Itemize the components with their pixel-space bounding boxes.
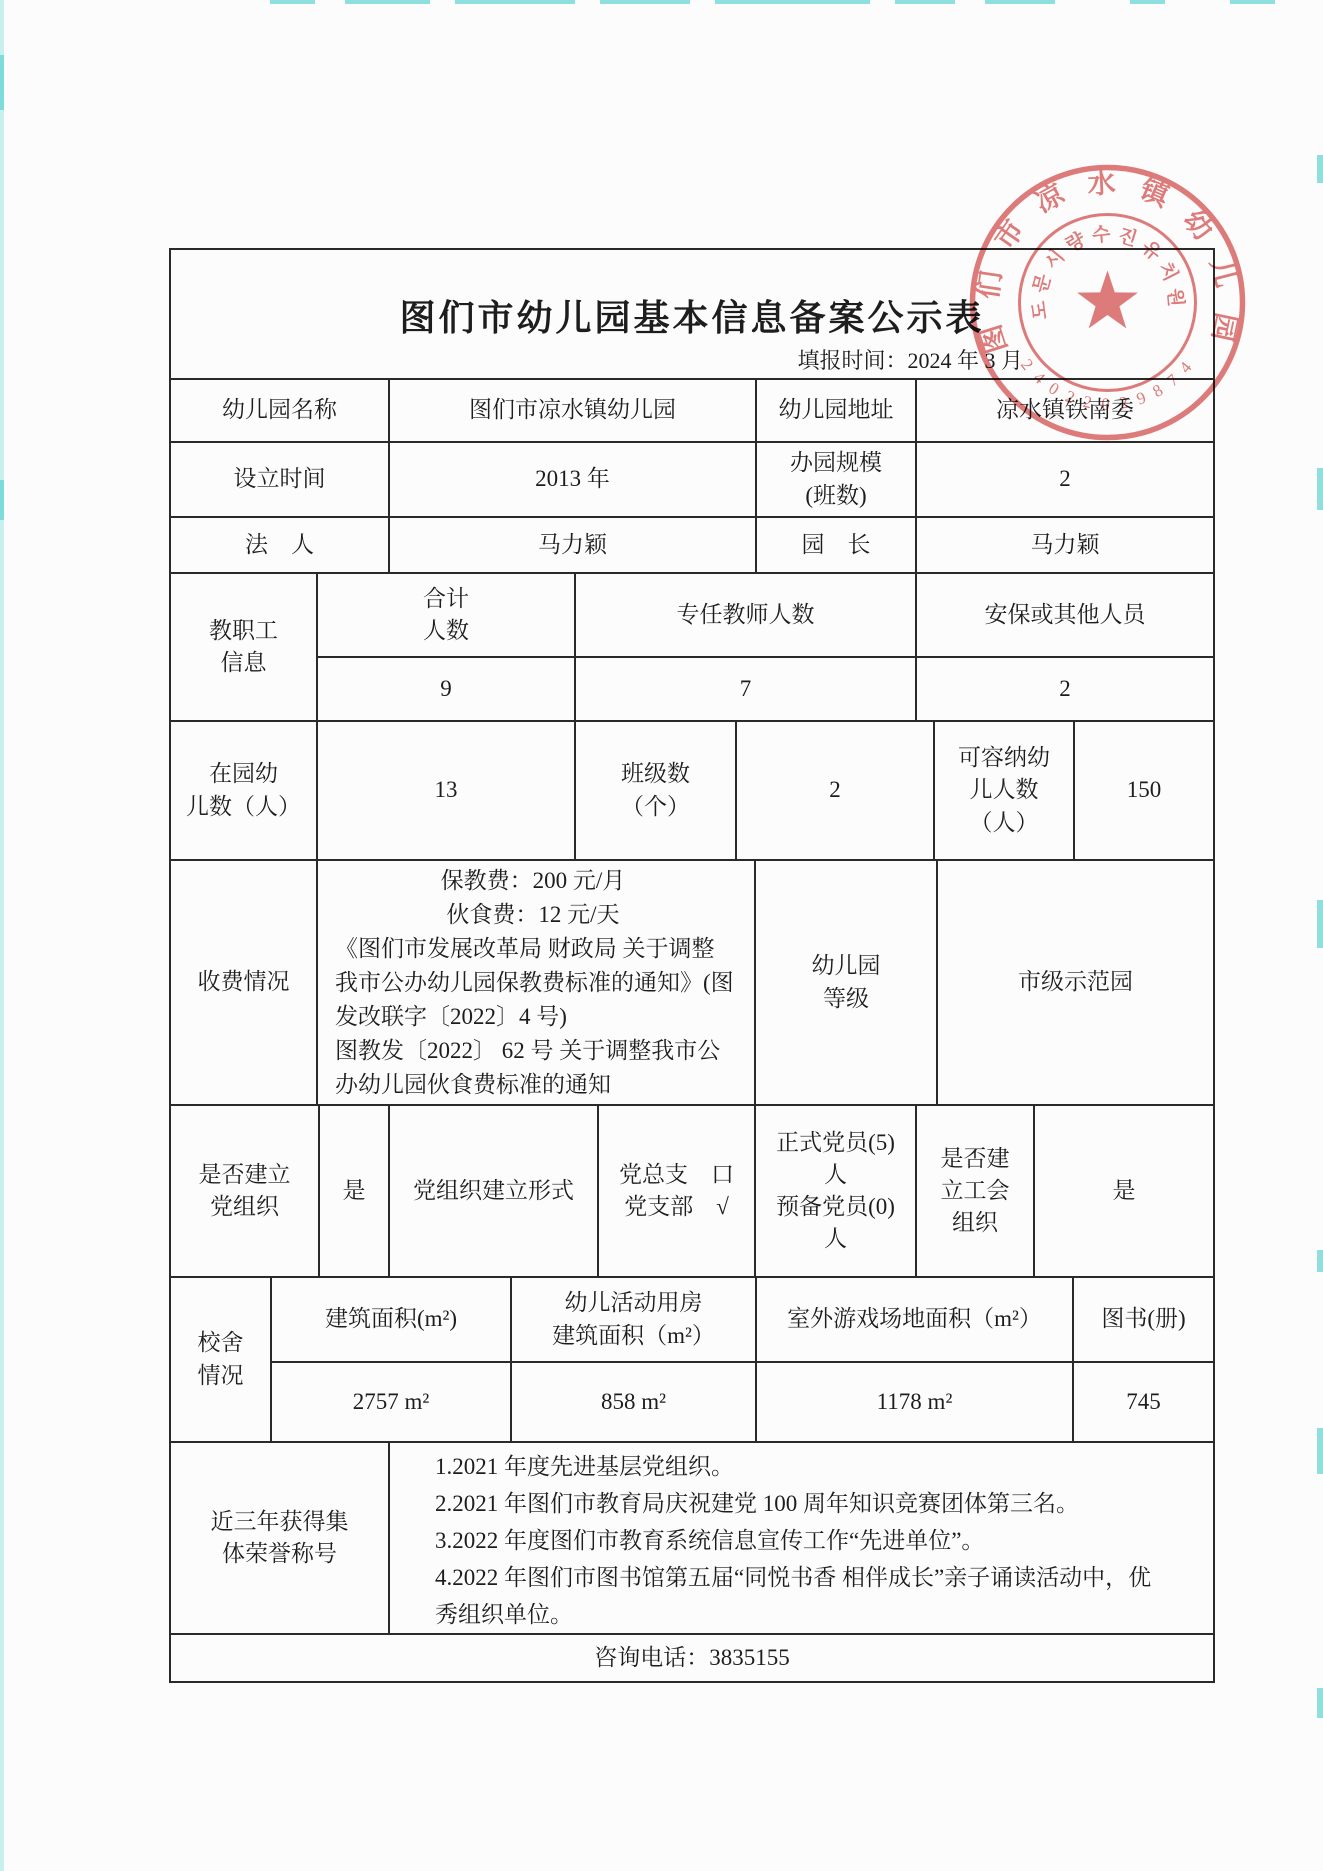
honors-content: 1.2021 年度先进基层党组织。 2.2021 年图们市教育局庆祝建党 100… — [390, 1443, 1213, 1633]
party-row: 是否建立 党组织 是 党组织建立形式 党总支 口 党支部 √ 正式党员(5) 人… — [171, 1106, 1213, 1278]
party-members: 正式党员(5) 人 预备党员(0) 人 — [756, 1106, 917, 1276]
honors-label: 近三年获得集 体荣誉称号 — [171, 1443, 390, 1633]
fees-row: 收费情况 保教费：200 元/月 伙食费：12 元/天 《图们市发展改革局 财政… — [171, 861, 1213, 1106]
scale-label: 办园规模 (班数) — [757, 443, 917, 516]
fill-time: 填报时间：2024 年 3 月 — [797, 344, 1023, 375]
party-form-label: 党组织建立形式 — [390, 1106, 599, 1276]
party-org-label: 是否建立 党组织 — [171, 1106, 320, 1276]
scan-artifact — [1317, 468, 1323, 510]
phone-row: 咨询电话：3835155 — [171, 1635, 1213, 1681]
scan-artifact — [345, 0, 430, 4]
scan-artifact — [0, 0, 4, 1871]
principal-value: 马力颖 — [917, 518, 1213, 572]
kindergarten-name-value: 图们市凉水镇幼儿园 — [390, 380, 757, 441]
building-area-label: 建筑面积(m²) — [272, 1278, 512, 1361]
scan-artifact — [895, 0, 955, 4]
scan-artifact — [0, 480, 4, 520]
staff-teachers-value: 7 — [576, 658, 917, 720]
staff-security-label: 安保或其他人员 — [917, 574, 1213, 656]
legal-person-value: 马力颖 — [390, 518, 757, 572]
union-value: 是 — [1035, 1106, 1213, 1276]
scan-artifact — [1317, 900, 1323, 948]
scan-artifact — [0, 55, 4, 110]
scan-artifact — [1130, 0, 1165, 4]
founded-label: 设立时间 — [171, 443, 390, 516]
fees-label: 收费情况 — [171, 861, 318, 1104]
page-title: 图们市幼儿园基本信息备案公示表 — [171, 290, 1213, 341]
scan-artifact — [985, 0, 1055, 4]
kindergarten-address-label: 幼儿园地址 — [757, 380, 917, 441]
title-block: 图们市幼儿园基本信息备案公示表 填报时间：2024 年 3 月 — [171, 250, 1213, 380]
scan-artifact — [1317, 1688, 1323, 1718]
enrollment-row: 在园幼 儿数（人） 13 班级数 （个） 2 可容纳幼 儿人数 （人） 150 — [171, 722, 1213, 861]
playground-area-value: 1178 m² — [757, 1363, 1074, 1441]
scan-artifact — [270, 0, 315, 4]
fees-amounts: 保教费：200 元/月 伙食费：12 元/天 — [318, 864, 748, 932]
activity-area-label: 幼儿活动用房 建筑面积（m²） — [512, 1278, 757, 1361]
books-label: 图书(册) — [1074, 1278, 1213, 1361]
form-table: 图们市幼儿园基本信息备案公示表 填报时间：2024 年 3 月 幼儿园名称 图们… — [169, 248, 1215, 1683]
kindergarten-name-label: 幼儿园名称 — [171, 380, 390, 441]
scanned-document-page: 图们市幼儿园基本信息备案公示表 填报时间：2024 年 3 月 幼儿园名称 图们… — [0, 0, 1323, 1871]
scale-value: 2 — [917, 443, 1213, 516]
staff-group-label: 教职工 信息 — [171, 574, 318, 720]
scan-artifact — [715, 0, 870, 4]
playground-area-label: 室外游戏场地面积（m²） — [757, 1278, 1074, 1361]
fees-detail: 保教费：200 元/月 伙食费：12 元/天 《图们市发展改革局 财政局 关于调… — [318, 861, 756, 1104]
campus-header-row: 建筑面积(m²) 幼儿活动用房 建筑面积（m²） 室外游戏场地面积（m²） 图书… — [272, 1278, 1213, 1363]
row-basic-2: 设立时间 2013 年 办园规模 (班数) 2 — [171, 443, 1213, 518]
honors-row: 近三年获得集 体荣誉称号 1.2021 年度先进基层党组织。 2.2021 年图… — [171, 1443, 1213, 1635]
row-basic-1: 幼儿园名称 图们市凉水镇幼儿园 幼儿园地址 凉水镇铁南委 — [171, 380, 1213, 443]
scan-artifact — [1230, 0, 1275, 4]
legal-person-label: 法 人 — [171, 518, 390, 572]
staff-teachers-label: 专任教师人数 — [576, 574, 917, 656]
children-count-value: 13 — [318, 722, 576, 859]
staff-total-value: 9 — [318, 658, 576, 720]
staff-security-value: 2 — [917, 658, 1213, 720]
row-basic-3: 法 人 马力颖 园 长 马力颖 — [171, 518, 1213, 574]
party-form-options: 党总支 口 党支部 √ — [599, 1106, 756, 1276]
kindergarten-address-value: 凉水镇铁南委 — [917, 380, 1213, 441]
scan-artifact — [1317, 1250, 1323, 1272]
activity-area-value: 858 m² — [512, 1363, 757, 1441]
children-count-label: 在园幼 儿数（人） — [171, 722, 318, 859]
campus-group: 校舍 情况 建筑面积(m²) 幼儿活动用房 建筑面积（m²） 室外游戏场地面积（… — [171, 1278, 1213, 1443]
capacity-value: 150 — [1075, 722, 1213, 859]
class-count-label: 班级数 （个） — [576, 722, 737, 859]
scan-artifact — [600, 0, 690, 4]
fees-notice: 《图们市发展改革局 财政局 关于调整 我市公办幼儿园保教费标准的通知》(图 发改… — [318, 932, 748, 1102]
staff-group: 教职工 信息 合计 人数 专任教师人数 安保或其他人员 9 7 2 — [171, 574, 1213, 722]
books-value: 745 — [1074, 1363, 1213, 1441]
grade-value: 市级示范园 — [938, 861, 1213, 1104]
campus-group-label: 校舍 情况 — [171, 1278, 272, 1441]
founded-value: 2013 年 — [390, 443, 757, 516]
staff-values-row: 9 7 2 — [318, 658, 1213, 720]
principal-label: 园 长 — [757, 518, 917, 572]
scan-artifact — [1317, 155, 1323, 183]
capacity-label: 可容纳幼 儿人数 （人） — [935, 722, 1075, 859]
building-area-value: 2757 m² — [272, 1363, 512, 1441]
scan-artifact — [455, 0, 575, 4]
union-label: 是否建 立工会 组织 — [917, 1106, 1035, 1276]
scan-artifact — [1317, 1428, 1323, 1474]
staff-header-row: 合计 人数 专任教师人数 安保或其他人员 — [318, 574, 1213, 658]
party-org-value: 是 — [320, 1106, 390, 1276]
staff-total-label: 合计 人数 — [318, 574, 576, 656]
class-count-value: 2 — [737, 722, 935, 859]
grade-label: 幼儿园 等级 — [756, 861, 938, 1104]
contact-phone: 咨询电话：3835155 — [171, 1635, 1213, 1681]
campus-values-row: 2757 m² 858 m² 1178 m² 745 — [272, 1363, 1213, 1441]
